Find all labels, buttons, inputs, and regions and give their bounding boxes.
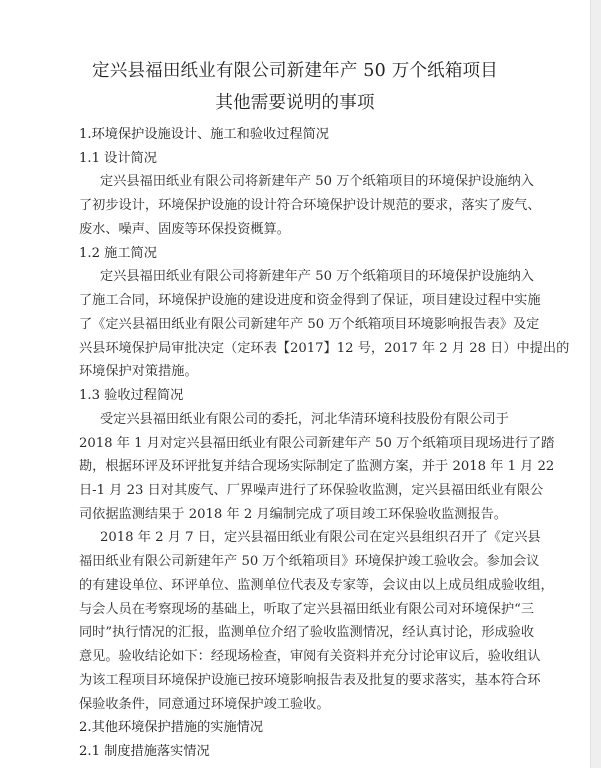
paragraph-line: 勘，根据环评及环评批复并结合现场实际制定了监测方案，并于 2018 年 1 月 … <box>79 455 554 474</box>
paragraph-line: 福田纸业有限公司新建年产 50 万个纸箱项目》环境保护竣工验收会。参加会议 <box>79 550 539 569</box>
paragraph-line: 的有建设单位、环评单位、监测单位代表及专家等，会议由以上成员组成验收组， <box>79 574 554 593</box>
paragraph-line: 定兴县福田纸业有限公司将新建年产 50 万个纸箱项目的环境保护设施纳入 <box>100 265 534 284</box>
paragraph-line: 了初步设计，环境保护设施的设计符合环境保护设计规范的要求，落实了废气、 <box>79 194 541 213</box>
paragraph-line: 受定兴县福田纸业有限公司的委托，河北华清环境科技股份有限公司于 <box>100 408 509 427</box>
section-heading-1-2: 1.2 施工简况 <box>79 242 157 261</box>
document-subtitle: 其他需要说明的事项 <box>0 89 590 114</box>
paragraph-line: 了施工合同，环境保护设施的建设进度和资金得到了保证，项目建设过程中实施 <box>79 289 541 308</box>
paragraph-line: 环境保护对策措施。 <box>79 360 198 379</box>
paragraph-line: 2018 年 1 月对定兴县福田纸业有限公司新建年产 50 万个纸箱项目现场进行… <box>79 432 554 451</box>
section-heading-1-1: 1.1 设计简况 <box>79 147 157 166</box>
paragraph-line: 保验收条件，同意通过环境保护竣工验收。 <box>79 693 330 712</box>
paragraph-line: 废水、噪声、固废等环保投资概算。 <box>79 218 290 237</box>
section-heading-2-1: 2.1 制度措施落实情况 <box>79 740 210 759</box>
document-title: 定兴县福田纸业有限公司新建年产 50 万个纸箱项目 <box>0 57 590 82</box>
paragraph-line: 同时”执行情况的汇报，监测单位介绍了验收监测情况，经认真讨论，形成验收 <box>79 621 534 640</box>
paragraph-line: 日-1 月 23 日对其废气、厂界噪声进行了环保验收监测，定兴县福田纸业有限公 <box>79 479 543 498</box>
paragraph-line: 兴县环境保护局审批决定（定环表【2017】12 号，2017 年 2 月 28 … <box>79 337 569 356</box>
document-page: 定兴县福田纸业有限公司新建年产 50 万个纸箱项目 其他需要说明的事项 1.环境… <box>0 0 590 768</box>
section-heading-2: 2.其他环境保护措施的实施情况 <box>79 716 263 735</box>
page-gutter <box>590 0 601 768</box>
paragraph-line: 2018 年 2 月 7 日，定兴县福田纸业有限公司在定兴县组织召开了《定兴县 <box>100 526 541 545</box>
section-heading-1-3: 1.3 验收过程简况 <box>79 384 183 403</box>
paragraph-line: 与会人员在考察现场的基础上，听取了定兴县福田纸业有限公司对环境保护“三 <box>79 598 534 617</box>
paragraph-line: 意见。验收结论如下：经现场检查，审阅有关资料并充分讨论审议后，验收组认 <box>79 645 541 664</box>
paragraph-line: 定兴县福田纸业有限公司将新建年产 50 万个纸箱项目的环境保护设施纳入 <box>100 170 534 189</box>
paragraph-line: 为该工程项目环境保护设施已按环境影响报告表及批复的要求落实，基本符合环 <box>79 669 541 688</box>
paragraph-line: 司依据监测结果于 2018 年 2 月编制完成了项目竣工环保验收监测报告。 <box>79 503 507 522</box>
paragraph-line: 了《定兴县福田纸业有限公司新建年产 50 万个纸箱项目环境影响报告表》及定 <box>79 313 539 332</box>
section-heading-1: 1.环境保护设施设计、施工和验收过程简况 <box>79 123 329 142</box>
